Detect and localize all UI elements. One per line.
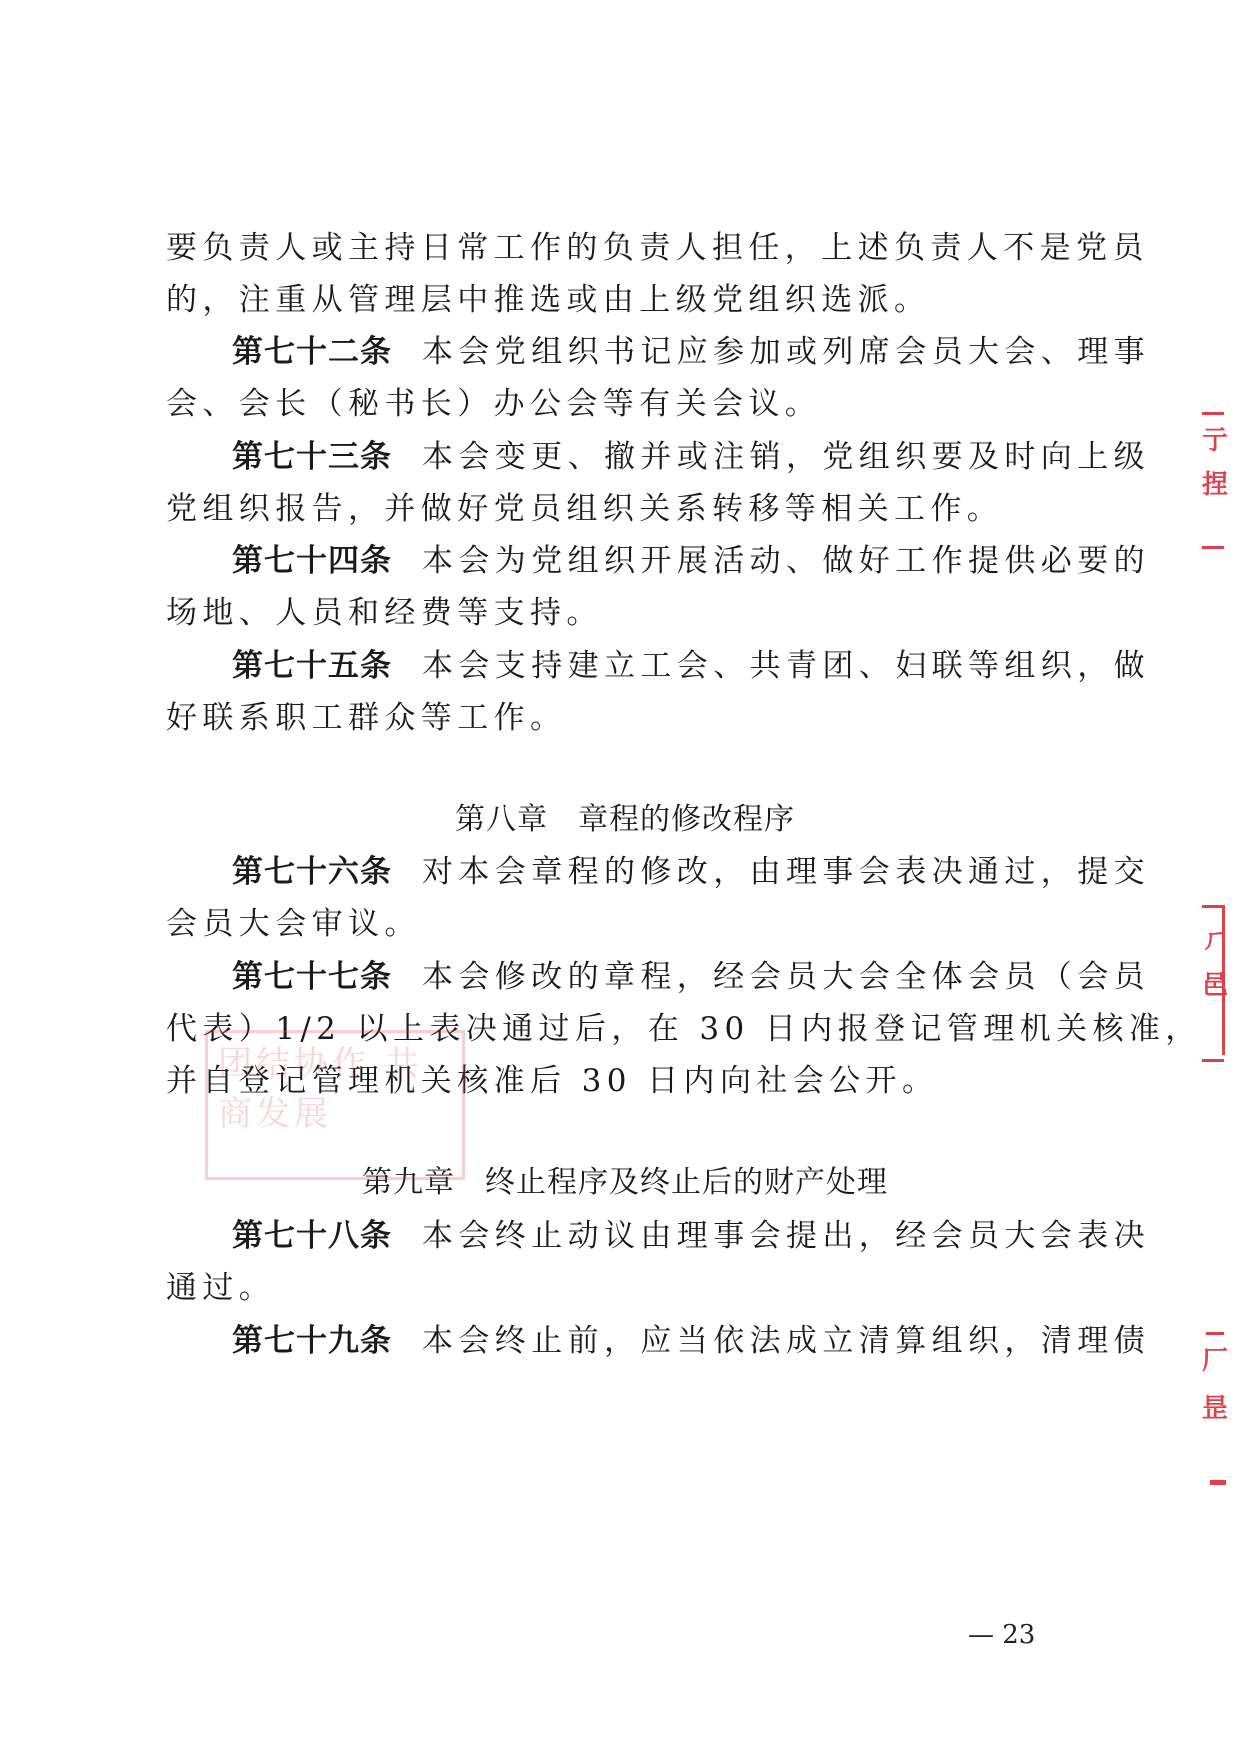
faded-seal-stamp: 团结协作 共商发展 xyxy=(205,1030,465,1180)
text-line: 要负责人或主持日常工作的负责人担任，上述负责人不是党员 xyxy=(166,228,1084,268)
edge-seal-mark: 亍 捏 xyxy=(1200,410,1230,550)
article-text: 对本会章程的修改，由理事会表决通过，提交 xyxy=(422,854,1150,890)
text-line: 党组织报告，并做好党员组织关系转移等相关工作。 xyxy=(166,489,1084,529)
text-line: 的，注重从管理层中推选或由上级党组织选派。 xyxy=(166,280,1084,320)
article-number: 第七十九条 xyxy=(232,1323,392,1359)
article-text: 本会终止前，应当依法成立清算组织，清理债 xyxy=(422,1323,1150,1359)
chapter-title: 终止程序及终止后的财产处理 xyxy=(485,1165,888,1200)
text-line: 会、会长（秘书长）办公会等有关会议。 xyxy=(166,384,1084,424)
article-number: 第七十四条 xyxy=(232,543,392,579)
seal-glyph: ㄏ xyxy=(1202,919,1228,956)
text-line: 场地、人员和经费等支持。 xyxy=(166,593,1084,633)
article-text: 本会党组织书记应参加或列席会员大会、理事 xyxy=(422,334,1150,370)
article-72: 第七十二条本会党组织书记应参加或列席会员大会、理事 xyxy=(166,332,1150,372)
article-74: 第七十四条本会为党组织开展活动、做好工作提供必要的 xyxy=(166,541,1150,581)
chapter-number: 第八章 xyxy=(455,802,548,837)
document-page: 要负责人或主持日常工作的负责人担任，上述负责人不是党员 的，注重从管理层中推选或… xyxy=(0,0,1240,1754)
article-number: 第七十三条 xyxy=(232,439,392,475)
seal-glyph: 捏 xyxy=(1202,464,1228,501)
article-78: 第七十八条本会终止动议由理事会提出，经会员大会表决 xyxy=(166,1216,1150,1256)
article-text: 本会修改的章程，经会员大会全体会员（会员 xyxy=(422,959,1150,995)
seal-glyph: 昰 xyxy=(1202,1388,1228,1425)
seal-glyph: 亍 xyxy=(1202,420,1228,457)
article-number: 第七十七条 xyxy=(232,959,392,995)
text-line: 通过。 xyxy=(166,1268,1084,1308)
article-77: 第七十七条本会修改的章程，经会员大会全体会员（会员 xyxy=(166,957,1150,997)
article-number: 第七十五条 xyxy=(232,648,392,684)
article-number: 第七十八条 xyxy=(232,1218,392,1254)
article-73: 第七十三条本会变更、撤并或注销，党组织要及时向上级 xyxy=(166,437,1150,477)
article-number: 第七十六条 xyxy=(232,854,392,890)
chapter-8-heading: 第八章章程的修改程序 xyxy=(166,800,1084,840)
edge-seal-mark: 厂 昰 xyxy=(1200,1330,1230,1490)
article-text: 本会终止动议由理事会提出，经会员大会表决 xyxy=(422,1218,1150,1254)
article-75: 第七十五条本会支持建立工会、共青团、妇联等组织，做 xyxy=(166,646,1150,686)
chapter-title: 章程的修改程序 xyxy=(578,802,795,837)
edge-seal-mark: ㄏ 邑 xyxy=(1200,905,1230,1065)
text-line: 会员大会审议。 xyxy=(166,904,1084,944)
article-text: 本会变更、撤并或注销，党组织要及时向上级 xyxy=(422,439,1150,475)
article-76: 第七十六条对本会章程的修改，由理事会表决通过，提交 xyxy=(166,852,1150,892)
page-number: — 23 xyxy=(968,1620,1035,1650)
text-line: 好联系职工群众等工作。 xyxy=(166,698,1084,738)
article-text: 本会为党组织开展活动、做好工作提供必要的 xyxy=(422,543,1150,579)
article-number: 第七十二条 xyxy=(232,334,392,370)
article-text: 本会支持建立工会、共青团、妇联等组织，做 xyxy=(422,648,1150,684)
article-79: 第七十九条本会终止前，应当依法成立清算组织，清理债 xyxy=(166,1321,1150,1361)
seal-glyph: 邑 xyxy=(1202,965,1228,1002)
seal-glyph: 厂 xyxy=(1202,1340,1228,1377)
